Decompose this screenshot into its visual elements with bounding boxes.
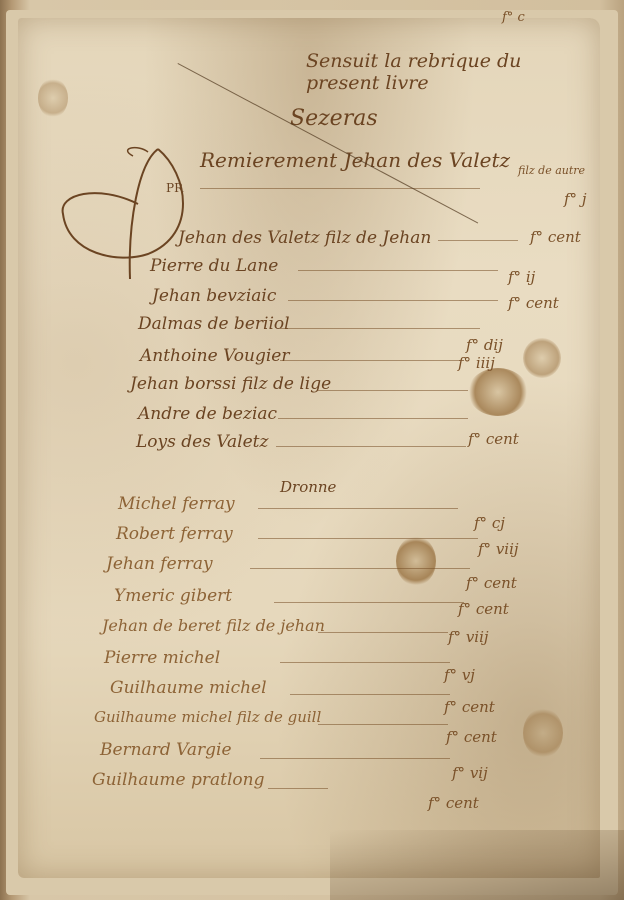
- ruled-line: [200, 188, 480, 189]
- folio-ref: f° cent: [446, 728, 497, 746]
- ruled-line: [288, 300, 498, 301]
- ruled-line: [318, 632, 448, 633]
- folio-ref: f° cent: [508, 294, 559, 312]
- folio-ref: f° cent: [444, 698, 495, 716]
- list-item: Michel ferray: [118, 494, 235, 514]
- ruled-line: [290, 694, 450, 695]
- ruled-line: [250, 568, 470, 569]
- ruled-line: [258, 538, 478, 539]
- folio-ref: f° iiij: [458, 354, 495, 372]
- ruled-line: [280, 360, 460, 361]
- ruled-line: [318, 390, 468, 391]
- margin-mark: f° c: [502, 10, 525, 25]
- list-item: Andre de beziac: [138, 404, 277, 424]
- water-stain: [396, 536, 436, 586]
- list-item: Guilhaume michel filz de guill: [94, 708, 321, 726]
- list-item: Ymeric gibert: [114, 586, 232, 606]
- folio-ref: f° dij: [466, 336, 503, 354]
- ruled-line: [268, 788, 328, 789]
- folio-ref: f° cent: [468, 430, 519, 448]
- section-2-title: Dronne: [280, 478, 336, 496]
- svg-text:PR: PR: [166, 181, 184, 195]
- folio-ref: f° cj: [474, 514, 505, 532]
- ruled-line: [298, 270, 498, 271]
- ruled-line: [280, 662, 450, 663]
- list-item: Guilhaume michel: [110, 678, 267, 698]
- list-item: Dalmas de beriiol: [138, 314, 290, 334]
- list-item: Jehan ferray: [106, 554, 213, 574]
- ruled-line: [258, 508, 458, 509]
- list-item: Guilhaume pratlong: [92, 770, 265, 790]
- ruled-line: [276, 446, 466, 447]
- folio-ref: f° viij: [478, 540, 519, 558]
- list-item: Jehan de beret filz de jehan: [102, 616, 325, 635]
- list-item: Jehan des Valetz filz de Jehan: [178, 228, 431, 248]
- folio-ref: f° cent: [458, 600, 509, 618]
- folio-ref: f° viij: [448, 628, 489, 646]
- list-item: Jehan bevziaic: [152, 286, 276, 306]
- water-stain: [523, 338, 561, 378]
- list-item: Jehan borssi filz de lige: [130, 374, 331, 394]
- manuscript-page: Sensuit la rebrique du present livre Sez…: [18, 18, 600, 878]
- ruled-line: [318, 724, 448, 725]
- water-stain: [468, 368, 528, 416]
- ruled-line: [274, 602, 464, 603]
- folio-ref: f° vij: [452, 764, 488, 782]
- water-stain: [38, 78, 68, 118]
- list-item: Bernard Vargie: [100, 740, 232, 760]
- ruled-line: [278, 418, 468, 419]
- folio-ref: f° cent: [466, 574, 517, 592]
- ruled-line: [280, 328, 480, 329]
- list-item: Pierre michel: [104, 648, 220, 668]
- folio-ref: f° vj: [444, 666, 475, 684]
- torn-page-edge: [330, 830, 624, 900]
- ruled-line: [260, 758, 450, 759]
- opening-line-note: filz de autre: [518, 164, 585, 177]
- section-title: Sezeras: [290, 106, 378, 131]
- smudge: [523, 708, 563, 758]
- folio-ref: f° cent: [428, 794, 479, 812]
- list-item: Loys des Valetz: [136, 432, 268, 452]
- ruled-line: [438, 240, 518, 241]
- folio-ref: f° cent: [530, 228, 581, 246]
- opening-line: Remierement Jehan des Valetz: [200, 148, 510, 172]
- page-header: Sensuit la rebrique du present livre: [306, 50, 600, 94]
- folio-ref: f° ij: [508, 268, 535, 286]
- list-item: Anthoine Vougier: [140, 346, 290, 366]
- list-item: Robert ferray: [116, 524, 233, 544]
- list-item: Pierre du Lane: [150, 256, 278, 276]
- margin-mark: f° j: [564, 190, 586, 208]
